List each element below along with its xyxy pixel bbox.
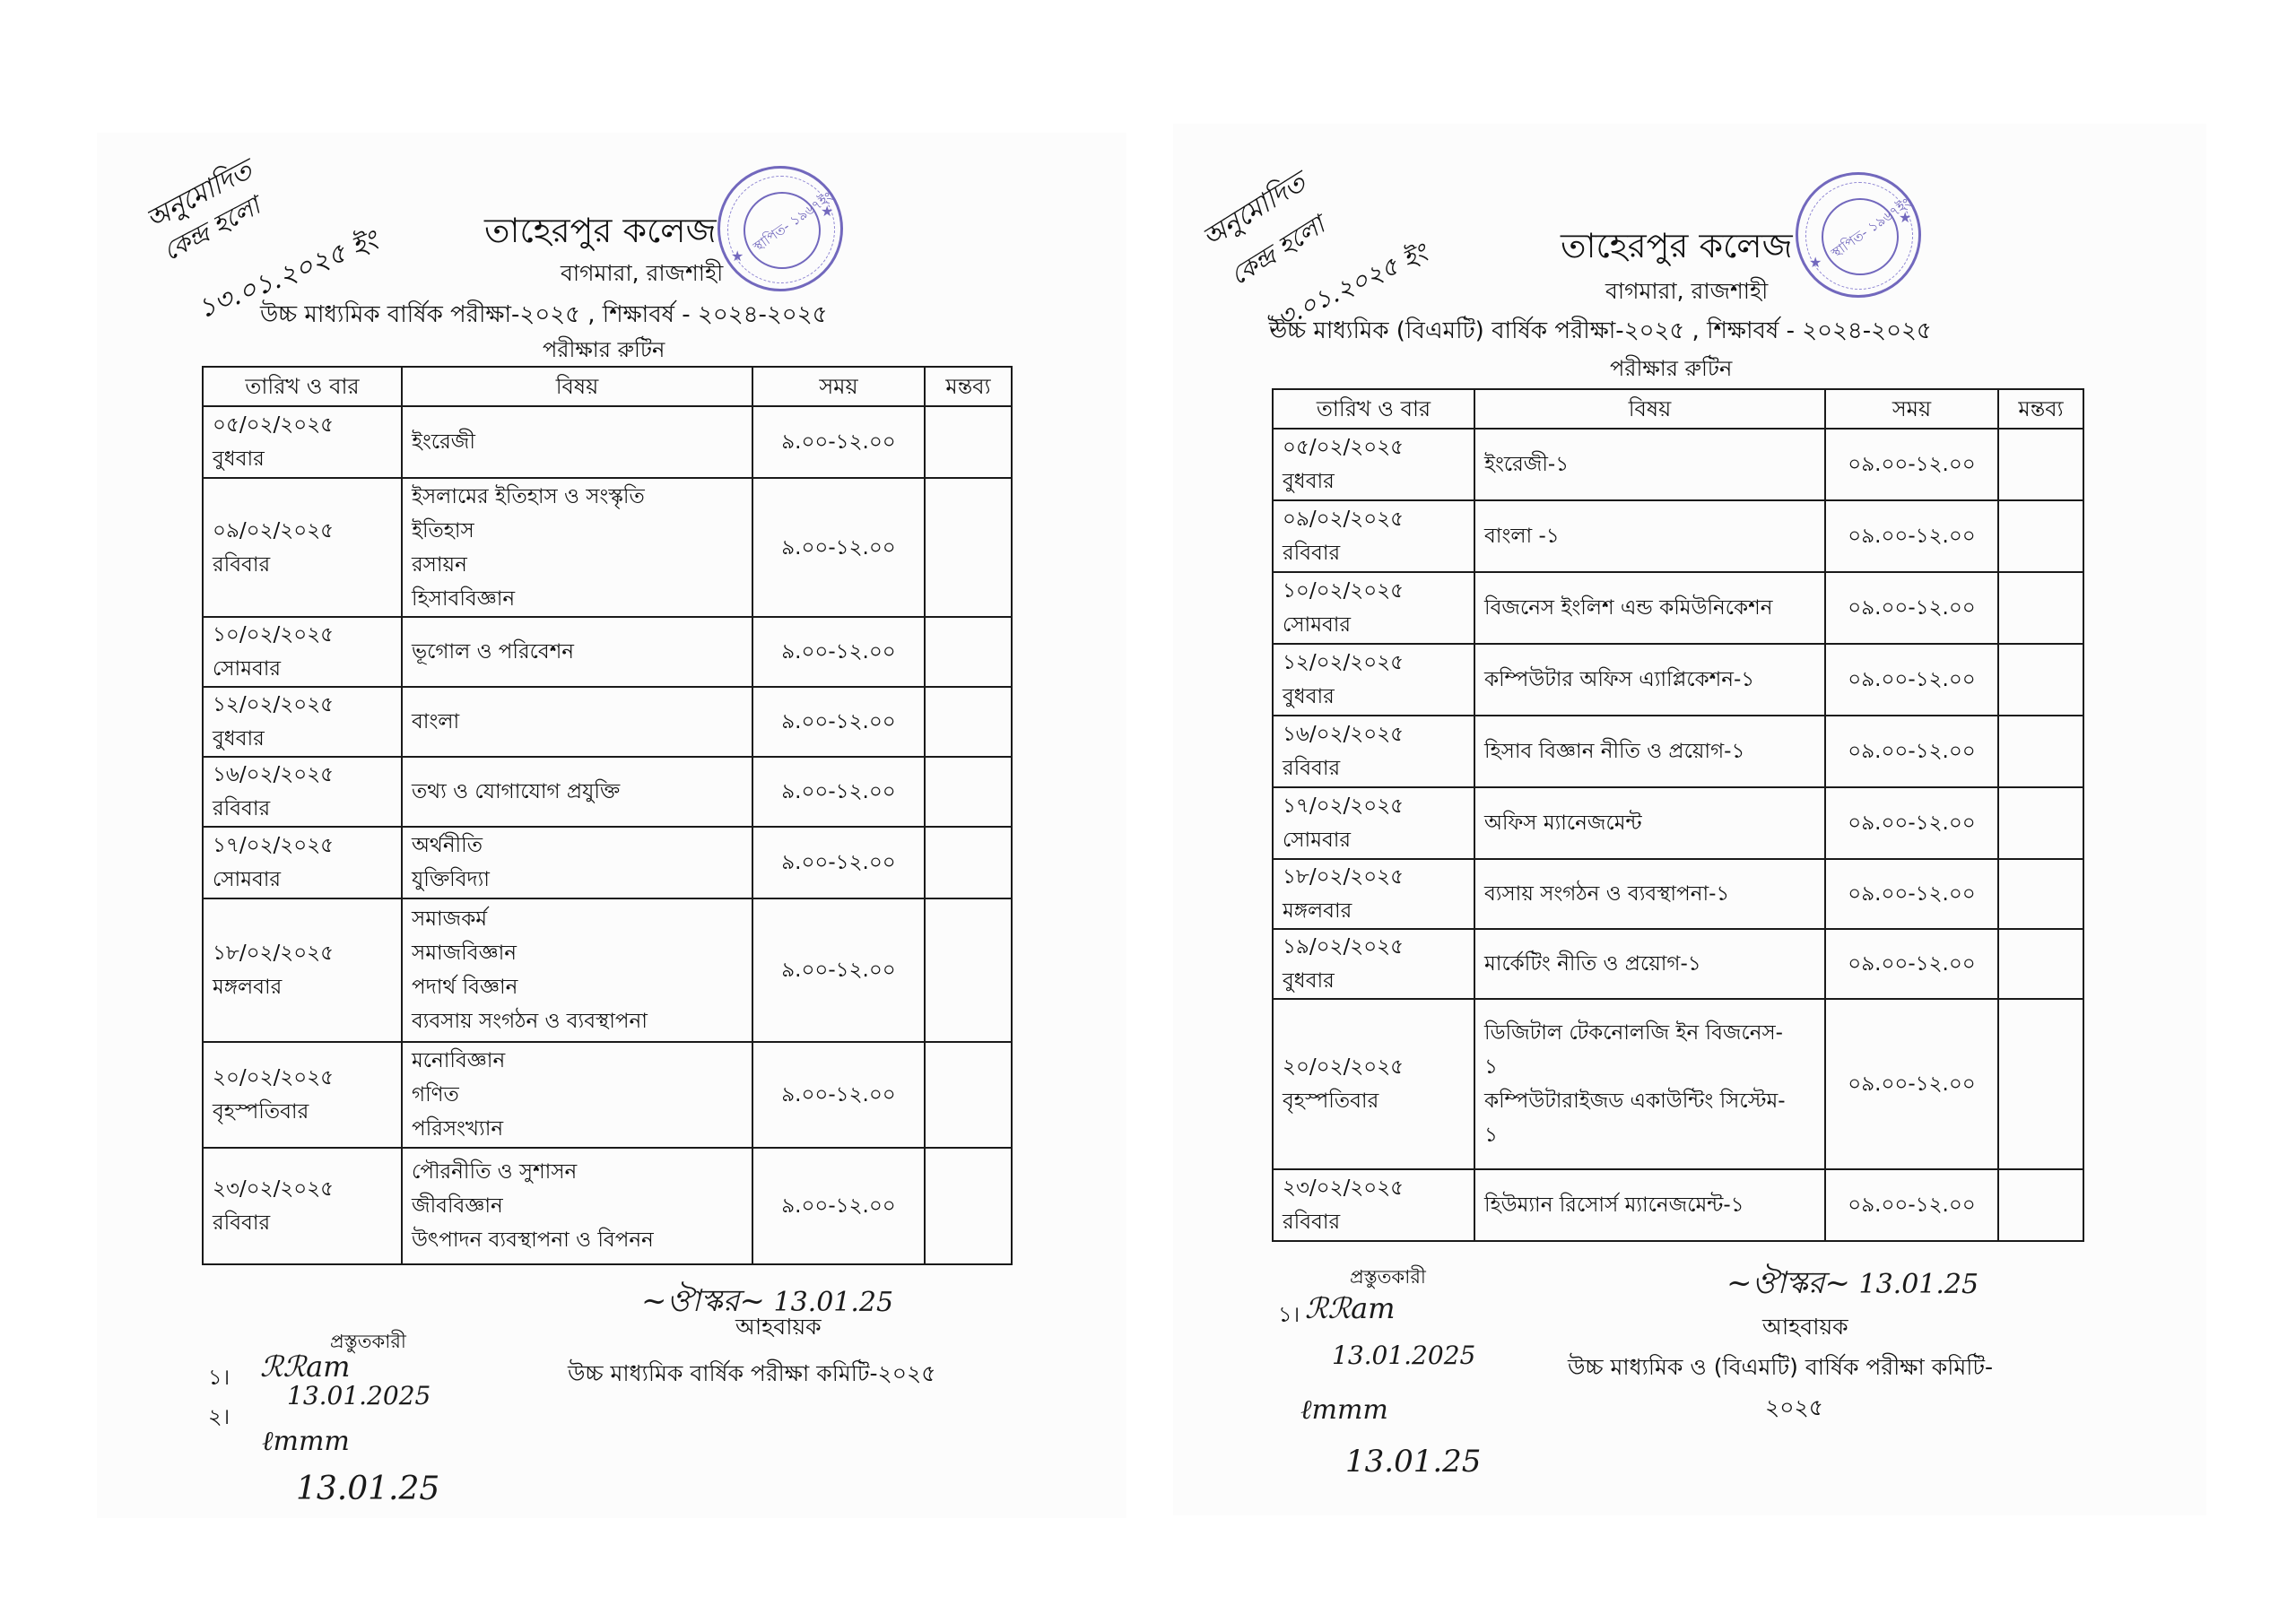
header-time: সময় [1825,389,1998,429]
cell-remark [925,1148,1012,1264]
cell-date-day: ০৯/০২/২০২৫রবিবার [1273,500,1474,572]
exam-day: মঙ্গলবার [1283,894,1465,928]
cell-subjects: বাংলা -১ [1474,500,1825,572]
exam-routine-table: তারিখ ও বার বিষয় সময় মন্তব্য ০৫/০২/২০২… [202,366,1013,1265]
college-name: তাহেরপুর কলেজ [484,204,717,262]
exam-date: ১৬/০২/২০২৫ [213,758,392,792]
convener-signature: ~ঔাস্কর~ 13.01.25 [1726,1260,1979,1311]
table-header-row: তারিখ ও বার বিষয় সময় মন্তব্য [1273,389,2083,429]
cell-subjects: ইসলামের ইতিহাস ও সংস্কৃতিইতিহাসরসায়নহিস… [402,478,752,617]
subject-name: গণিত [412,1078,743,1112]
exam-date: ২৩/০২/২০২৫ [1283,1171,1465,1205]
subject-name: হিসাববিজ্ঞান [412,582,743,616]
table-row: ১২/০২/২০২৫বুধবারকম্পিউটার অফিস এ্যাপ্লিক… [1273,644,2083,716]
exam-date: ১২/০২/২০২৫ [1283,646,1465,680]
convener-label: আহবায়ক [735,1309,822,1348]
subject-name: সমাজকর্ম [412,902,743,936]
header-time: সময় [752,367,925,406]
subject-name: পরিসংখ্যান [412,1112,743,1146]
table-row: ১৮/০২/২০২৫মঙ্গলবারব্যসায় সংগঠন ও ব্যবস্… [1273,859,2083,929]
subject-name: জীববিজ্ঞান [412,1189,743,1223]
cell-date-day: ০৯/০২/২০২৫রবিবার [203,478,402,617]
cell-time: ০৯.০০-১২.০০ [1825,787,1998,859]
exam-routine-table: তারিখ ও বার বিষয় সময় মন্তব্য ০৫/০২/২০২… [1272,388,2084,1242]
preparer-1-signature: ℛℛam [260,1350,350,1384]
exam-date: ১৮/০২/২০২৫ [213,936,392,970]
preparer-2-date: 13.01.25 [1345,1444,1481,1480]
cell-remark [925,827,1012,898]
cell-remark [1998,859,2083,929]
preparer-1-signature: ℛℛam [1305,1291,1395,1325]
subject-name: ভূগোল ও পরিবেশন [412,635,743,669]
exam-date: ২৩/০২/২০২৫ [213,1172,392,1206]
cell-subjects: মার্কেটিং নীতি ও প্রয়োগ-১ [1474,929,1825,999]
cell-date-day: ১৯/০২/২০২৫বুধবার [1273,929,1474,999]
exam-date: ১৭/০২/২০২৫ [1283,789,1465,823]
cell-subjects: মনোবিজ্ঞানগণিতপরিসংখ্যান [402,1042,752,1148]
cell-remark [925,617,1012,687]
exam-day: সোমবার [1283,608,1465,642]
cell-time: ৯.০০-১২.০০ [752,617,925,687]
exam-day: রবিবার [213,1206,392,1240]
cell-subjects: সমাজকর্মসমাজবিজ্ঞানপদার্থ বিজ্ঞানব্যবসায… [402,898,752,1042]
exam-day: বুধবার [213,722,392,756]
cell-date-day: ১২/০২/২০২৫বুধবার [203,687,402,757]
exam-date: ০৫/০২/২০২৫ [1283,430,1465,464]
cell-date-day: ২০/০২/২০২৫বৃহস্পতিবার [203,1042,402,1148]
table-row: ১৬/০২/২০২৫রবিবারহিসাব বিজ্ঞান নীতি ও প্র… [1273,716,2083,787]
subject-name: সমাজবিজ্ঞান [412,936,743,970]
committee-name-line1: উচ্চ মাধ্যমিক ও (বিএমটি) বার্ষিক পরীক্ষা… [1568,1350,1993,1388]
header-remark: মন্তব্য [1998,389,2083,429]
table-row: ০৫/০২/২০২৫বুধবারইংরেজী৯.০০-১২.০০ [203,406,1012,478]
cell-remark [1998,999,2083,1169]
exam-day: বৃহস্পতিবার [213,1095,392,1129]
exam-day: বুধবার [1283,680,1465,714]
table-row: ২০/০২/২০২৫বৃহস্পতিবারডিজিটাল টেকনোলজি ইন… [1273,999,2083,1169]
cell-time: ৯.০০-১২.০০ [752,898,925,1042]
preparer-1-date: 13.01.2025 [1332,1341,1475,1370]
cell-remark [1998,644,2083,716]
subject-name: অর্থনীতি [412,829,743,863]
cell-date-day: ১৮/০২/২০২৫মঙ্গলবার [203,898,402,1042]
exam-day: সোমবার [213,863,392,897]
subject-name: হিসাব বিজ্ঞান নীতি ও প্রয়োগ-১ [1484,734,1815,768]
exam-date: ১৯/০২/২০২৫ [1283,930,1465,964]
subject-name: হিউম্যান রিসোর্স ম্যানেজমেন্ট-১ [1484,1188,1815,1222]
college-name: তাহেরপুর কলেজ [1561,220,1793,277]
exam-day: বুধবার [213,442,392,476]
preparer-label: প্রস্তুতকারী [1350,1263,1426,1294]
cell-remark [1998,572,2083,644]
exam-date: ২০/০২/২০২৫ [213,1061,392,1095]
cell-time: ০৯.০০-১২.০০ [1825,644,1998,716]
cell-remark [925,1042,1012,1148]
college-address: বাগমারা, রাজশাহী [1605,273,1768,312]
table-row: ১৮/০২/২০২৫মঙ্গলবারসমাজকর্মসমাজবিজ্ঞানপদা… [203,898,1012,1042]
cell-time: ৯.০০-১২.০০ [752,406,925,478]
committee-name: উচ্চ মাধ্যমিক বার্ষিক পরীক্ষা কমিটি-২০২৫ [568,1356,936,1394]
exam-day: বৃহস্পতিবার [1283,1084,1465,1118]
exam-day: রবিবার [213,792,392,826]
cell-subjects: কম্পিউটার অফিস এ্যাপ্লিকেশন-১ [1474,644,1825,716]
cell-date-day: ২৩/০২/২০২৫রবিবার [1273,1169,1474,1241]
cell-time: ০৯.০০-১২.০০ [1825,429,1998,500]
cell-date-day: ০৫/০২/২০২৫বুধবার [1273,429,1474,500]
exam-day: রবিবার [1283,1205,1465,1239]
cell-subjects: ব্যসায় সংগঠন ও ব্যবস্থাপনা-১ [1474,859,1825,929]
table-row: ১৬/০২/২০২৫রবিবারতথ্য ও যোগাযোগ প্রযুক্তি… [203,757,1012,827]
cell-date-day: ১০/০২/২০২৫সোমবার [203,617,402,687]
table-row: ১২/০২/২০২৫বুধবারবাংলা৯.০০-১২.০০ [203,687,1012,757]
preparer-2-date: 13.01.25 [296,1471,439,1507]
subject-name: তথ্য ও যোগাযোগ প্রযুক্তি [412,775,743,809]
cell-date-day: ১৭/০২/২০২৫সোমবার [1273,787,1474,859]
cell-remark [1998,787,2083,859]
exam-date: ০৯/০২/২০২৫ [1283,502,1465,536]
exam-title: উচ্চ মাধ্যমিক বার্ষিক পরীক্ষা-২০২৫ , শিক… [260,296,828,335]
cell-subjects: পৌরনীতি ও সুশাসনজীববিজ্ঞানউৎপাদন ব্যবস্থ… [402,1148,752,1264]
cell-date-day: ২০/০২/২০২৫বৃহস্পতিবার [1273,999,1474,1169]
exam-day: সোমবার [213,652,392,686]
exam-date: ২০/০২/২০২৫ [1283,1050,1465,1084]
header-remark: মন্তব্য [925,367,1012,406]
exam-title: উচ্চ মাধ্যমিক (বিএমটি) বার্ষিক পরীক্ষা-২… [1269,312,1932,352]
cell-subjects: হিউম্যান রিসোর্স ম্যানেজমেন্ট-১ [1474,1169,1825,1241]
subject-name: ইংরেজী-১ [1484,447,1815,482]
table-row: ২০/০২/২০২৫বৃহস্পতিবারমনোবিজ্ঞানগণিতপরিসং… [203,1042,1012,1148]
exam-date: ১৬/০২/২০২৫ [1283,717,1465,751]
cell-time: ৯.০০-১২.০০ [752,478,925,617]
preparer-2-signature: ℓmmm [262,1426,350,1457]
cell-subjects: বাংলা [402,687,752,757]
cell-subjects: তথ্য ও যোগাযোগ প্রযুক্তি [402,757,752,827]
cell-time: ০৯.০০-১২.০০ [1825,716,1998,787]
table-row: ১০/০২/২০২৫সোমবারভূগোল ও পরিবেশন৯.০০-১২.০… [203,617,1012,687]
exam-date: ১৮/০২/২০২৫ [1283,860,1465,894]
subject-name: বিজনেস ইংলিশ এন্ড কমিউনিকেশন [1484,591,1815,625]
subject-name: ১ [1484,1050,1815,1084]
cell-time: ৯.০০-১২.০০ [752,1042,925,1148]
cell-remark [925,478,1012,617]
cell-time: ৯.০০-১২.০০ [752,1148,925,1264]
subject-name: বাংলা [412,705,743,739]
exam-day: বুধবার [1283,964,1465,998]
exam-day: সোমবার [1283,823,1465,857]
cell-time: ৯.০০-১২.০০ [752,687,925,757]
header-date-day: তারিখ ও বার [203,367,402,406]
convener-label: আহবায়ক [1762,1309,1848,1348]
preparer-1-date: 13.01.2025 [287,1381,430,1410]
cell-subjects: হিসাব বিজ্ঞান নীতি ও প্রয়োগ-১ [1474,716,1825,787]
subject-name: পদার্থ বিজ্ঞান [412,970,743,1004]
subject-name: ইংরেজী [412,425,743,459]
cell-remark [1998,429,2083,500]
table-row: ২৩/০২/২০২৫রবিবারপৌরনীতি ও সুশাসনজীববিজ্ঞ… [203,1148,1012,1264]
subject-name: যুক্তিবিদ্যা [412,863,743,897]
exam-day: রবিবার [1283,751,1465,785]
subject-name: ডিজিটাল টেকনোলজি ইন বিজনেস- [1484,1016,1815,1050]
subject-name: ইসলামের ইতিহাস ও সংস্কৃতি [412,480,743,514]
cell-subjects: অফিস ম্যানেজমেন্ট [1474,787,1825,859]
table-row: ০৯/০২/২০২৫রবিবারইসলামের ইতিহাস ও সংস্কৃত… [203,478,1012,617]
cell-time: ০৯.০০-১২.০০ [1825,1169,1998,1241]
cell-subjects: বিজনেস ইংলিশ এন্ড কমিউনিকেশন [1474,572,1825,644]
cell-date-day: ১৬/০২/২০২৫রবিবার [203,757,402,827]
cell-time: ৯.০০-১২.০০ [752,757,925,827]
subject-name: উৎপাদন ব্যবস্থাপনা ও বিপনন [412,1223,743,1257]
subject-name: ব্যসায় সংগঠন ও ব্যবস্থাপনা-১ [1484,877,1815,911]
table-row: ২৩/০২/২০২৫রবিবারহিউম্যান রিসোর্স ম্যানেজ… [1273,1169,2083,1241]
subject-name: মার্কেটিং নীতি ও প্রয়োগ-১ [1484,947,1815,981]
exam-date: ১০/০২/২০২৫ [1283,574,1465,608]
cell-subjects: ইংরেজী-১ [1474,429,1825,500]
exam-day: রবিবার [1283,536,1465,570]
exam-day: মঙ্গলবার [213,970,392,1004]
cell-remark [1998,1169,2083,1241]
subject-name: কম্পিউটারাইজড একাউন্টিং সিস্টেম- [1484,1084,1815,1118]
exam-day: রবিবার [213,548,392,582]
cell-date-day: ১৭/০২/২০২৫সোমবার [203,827,402,898]
cell-remark [925,757,1012,827]
cell-remark [1998,929,2083,999]
college-seal-stamp: স্থাপিত- ১৯৬৭ইং ★ ★ [717,166,843,291]
table-row: ১৭/০২/২০২৫সোমবারঅফিস ম্যানেজমেন্ট০৯.০০-১… [1273,787,2083,859]
cell-remark [925,687,1012,757]
table-header-row: তারিখ ও বার বিষয় সময় মন্তব্য [203,367,1012,406]
cell-time: ৯.০০-১২.০০ [752,827,925,898]
cell-date-day: ১৬/০২/২০২৫রবিবার [1273,716,1474,787]
exam-date: ১২/০২/২০২৫ [213,688,392,722]
header-subject: বিষয় [402,367,752,406]
cell-subjects: অর্থনীতিযুক্তিবিদ্যা [402,827,752,898]
exam-date: ০৯/০২/২০২৫ [213,514,392,548]
subject-name: পৌরনীতি ও সুশাসন [412,1155,743,1189]
cell-date-day: ১০/০২/২০২৫সোমবার [1273,572,1474,644]
routine-title: পরীক্ষার রুটিন [543,334,665,369]
header-date-day: তারিখ ও বার [1273,389,1474,429]
cell-time: ০৯.০০-১২.০০ [1825,929,1998,999]
subject-name: বাংলা -১ [1484,519,1815,553]
college-address: বাগমারা, রাজশাহী [561,256,723,294]
cell-subjects: ভূগোল ও পরিবেশন [402,617,752,687]
cell-remark [925,406,1012,478]
cell-remark [1998,500,2083,572]
college-seal-stamp: স্থাপিত- ১৯৬৭ইং ★ ★ [1796,172,1921,298]
preparer-2-signature: ℓmmm [1300,1394,1388,1426]
exam-date: ০৫/০২/২০২৫ [213,408,392,442]
table-row: ১০/০২/২০২৫সোমবারবিজনেস ইংলিশ এন্ড কমিউনি… [1273,572,2083,644]
preparer-1-number: ১। [1278,1298,1300,1334]
cell-subjects: ডিজিটাল টেকনোলজি ইন বিজনেস-১কম্পিউটারাইজ… [1474,999,1825,1169]
cell-remark [1998,716,2083,787]
subject-name: ব্যবসায় সংগঠন ও ব্যবস্থাপনা [412,1004,743,1038]
cell-date-day: ১৮/০২/২০২৫মঙ্গলবার [1273,859,1474,929]
committee-name-line2: ২০২৫ [1765,1390,1823,1428]
cell-subjects: ইংরেজী [402,406,752,478]
cell-date-day: ০৫/০২/২০২৫বুধবার [203,406,402,478]
routine-title: পরীক্ষার রুটিন [1610,352,1732,388]
cell-time: ০৯.০০-১২.০০ [1825,500,1998,572]
cell-remark [925,898,1012,1042]
preparer-2-number: ২। [208,1401,230,1436]
cell-time: ০৯.০০-১২.০০ [1825,999,1998,1169]
table-row: ০৯/০২/২০২৫রবিবারবাংলা -১০৯.০০-১২.০০ [1273,500,2083,572]
subject-name: রসায়ন [412,548,743,582]
subject-name: ইতিহাস [412,514,743,548]
subject-name: কম্পিউটার অফিস এ্যাপ্লিকেশন-১ [1484,663,1815,697]
cell-time: ০৯.০০-১২.০০ [1825,572,1998,644]
subject-name: ১ [1484,1118,1815,1152]
table-row: ১৯/০২/২০২৫বুধবারমার্কেটিং নীতি ও প্রয়োগ… [1273,929,2083,999]
table-row: ০৫/০২/২০২৫বুধবারইংরেজী-১০৯.০০-১২.০০ [1273,429,2083,500]
preparer-1-number: ১। [208,1361,230,1397]
exam-date: ১০/০২/২০২৫ [213,618,392,652]
subject-name: মনোবিজ্ঞান [412,1044,743,1078]
cell-date-day: ২৩/০২/২০২৫রবিবার [203,1148,402,1264]
subject-name: অফিস ম্যানেজমেন্ট [1484,806,1815,840]
exam-day: বুধবার [1283,464,1465,499]
exam-date: ১৭/০২/২০২৫ [213,829,392,863]
table-row: ১৭/০২/২০২৫সোমবারঅর্থনীতিযুক্তিবিদ্যা৯.০০… [203,827,1012,898]
cell-time: ০৯.০০-১২.০০ [1825,859,1998,929]
cell-date-day: ১২/০২/২০২৫বুধবার [1273,644,1474,716]
header-subject: বিষয় [1474,389,1825,429]
